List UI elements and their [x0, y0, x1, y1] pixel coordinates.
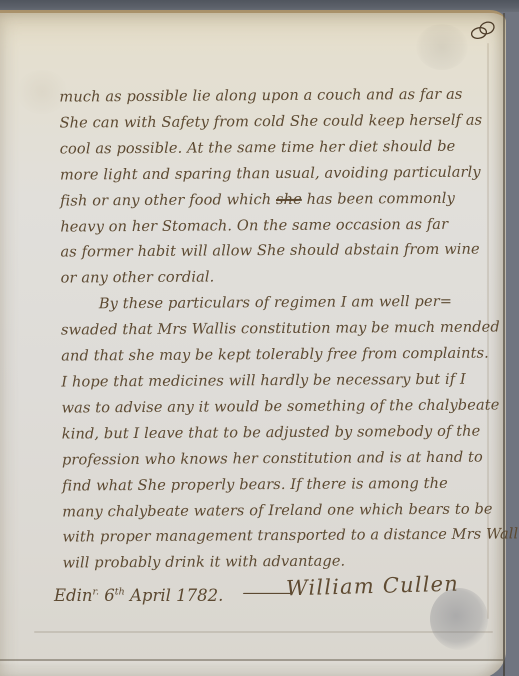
letter-line: profession who knows her constitution an…: [62, 444, 502, 473]
letter-line: as former habit will allow She should ab…: [60, 237, 500, 266]
line-text: has been commonly: [302, 189, 455, 207]
dateline-place: Edin: [54, 586, 93, 605]
letter-line: and that she may be kept tolerably free …: [61, 341, 501, 370]
manuscript-scan: much as possible lie along upon a couch …: [0, 0, 519, 676]
letter-line: or any other cordial.: [61, 263, 501, 292]
line-text: fish or any other food which: [60, 191, 276, 210]
letter-line: cool as possible. At the same time her d…: [60, 133, 500, 162]
letter-line: much as possible lie along upon a couch …: [59, 81, 499, 110]
corner-loop-doodle-icon: [470, 19, 498, 43]
letter-line-paragraph-start: By these particulars of regimen I am wel…: [61, 289, 501, 318]
dateline-day-superscript: th: [115, 587, 125, 598]
struck-word: she: [276, 190, 302, 207]
letter-line: kind, but I leave that to be adjusted by…: [62, 418, 502, 447]
dateline: Edinr. 6th April 1782.—: [54, 586, 276, 605]
dateline-month-year: April 1782.: [125, 586, 224, 605]
letter-line: fish or any other food which she has bee…: [60, 185, 500, 214]
letter-line: was to advise any it would be something …: [61, 392, 501, 421]
letter-line: swaded that Mrs Wallis constitution may …: [61, 315, 501, 344]
page-right-edge: [503, 13, 505, 676]
dateline-day: 6: [104, 586, 115, 605]
letter-line: many chalybeate waters of Ireland one wh…: [62, 496, 502, 525]
letter-line: find what She properly bears. If there i…: [62, 470, 502, 499]
letter-line: heavy on her Stomach. On the same occasi…: [60, 211, 500, 240]
page-crease-bottom: [0, 659, 503, 661]
dateline-place-superscript: r.: [93, 587, 100, 598]
signature-william-cullen: William Cullen: [286, 572, 460, 601]
letter-line: with proper management transported to a …: [62, 522, 502, 551]
letter-line: She can with Safety from cold She could …: [59, 107, 499, 136]
letter-line: more light and sparing than usual, avoid…: [60, 159, 500, 188]
letter-body: much as possible lie along upon a couch …: [59, 81, 502, 576]
page-crease-bottom-faint: [34, 631, 493, 633]
letter-line: I hope that medicines will hardly be nec…: [61, 366, 501, 395]
